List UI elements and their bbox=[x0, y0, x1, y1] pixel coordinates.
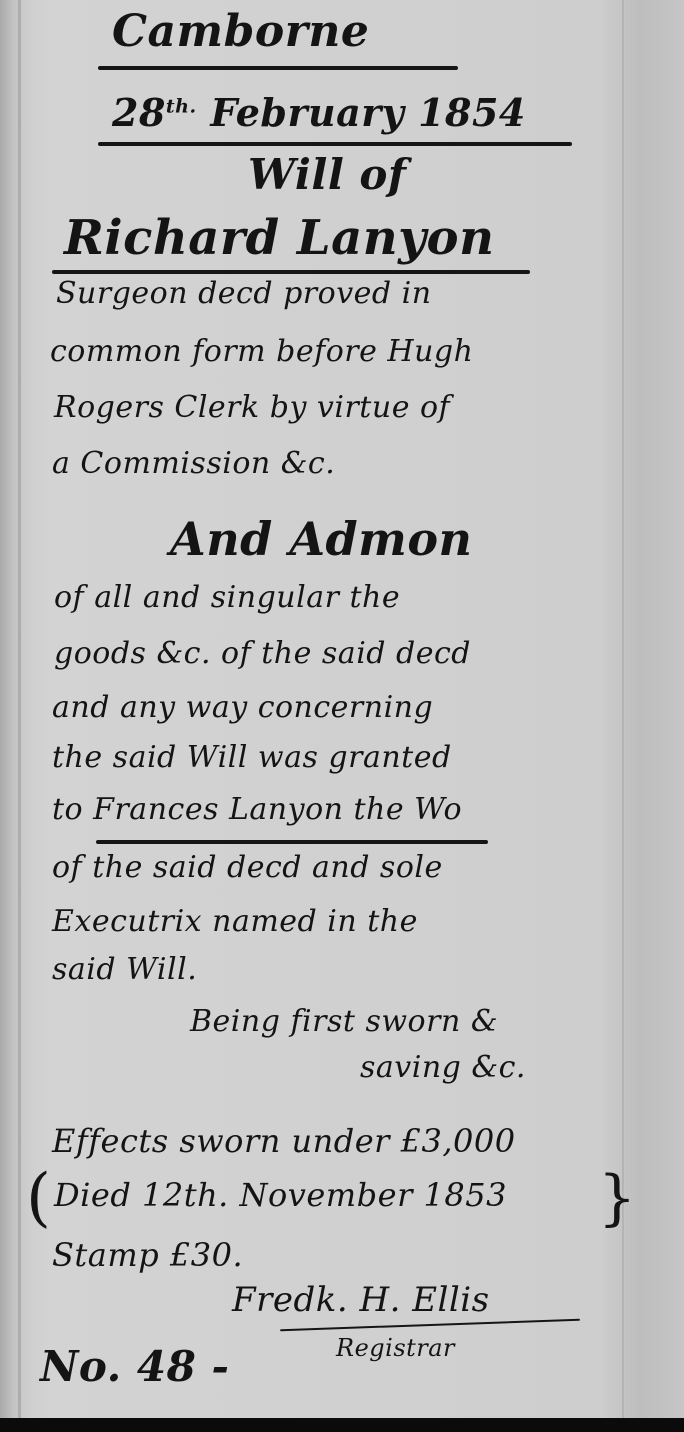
date-day: 28 bbox=[112, 90, 166, 135]
admon-line-7: Executrix named in the bbox=[52, 904, 418, 939]
place-underline bbox=[98, 66, 458, 70]
effects-line: Effects sworn under £3,000 bbox=[52, 1122, 516, 1160]
stamp-line: Stamp £30. bbox=[52, 1236, 243, 1274]
testator-underline bbox=[52, 270, 530, 274]
executrix-underline bbox=[96, 840, 488, 844]
body-line-1: Surgeon decd proved in bbox=[56, 276, 432, 311]
registrar-signature: Fredk. H. Ellis bbox=[232, 1280, 490, 1320]
page-left-edge bbox=[18, 0, 21, 1418]
signature-underline bbox=[280, 1319, 580, 1331]
date-month-year: February 1854 bbox=[210, 90, 526, 135]
body-line-4: a Commission &c. bbox=[52, 446, 335, 481]
admon-line-8: said Will. bbox=[52, 952, 197, 987]
scan-bottom-border bbox=[0, 1418, 684, 1432]
admon-line-5: to Frances Lanyon the Wo bbox=[52, 792, 462, 827]
admon-line-2: goods &c. of the said decd bbox=[54, 636, 471, 671]
testator-name: Richard Lanyon bbox=[64, 210, 494, 266]
admon-line-4: the said Will was granted bbox=[52, 740, 452, 775]
body-line-2: common form before Hugh bbox=[50, 334, 473, 369]
entry-number: No. 48 - bbox=[40, 1342, 229, 1391]
date-underline bbox=[98, 142, 572, 146]
left-brace: ( bbox=[26, 1168, 51, 1228]
date-day-suffix: th. bbox=[166, 95, 197, 117]
will-heading: Will of bbox=[248, 150, 407, 199]
body-line-3: Rogers Clerk by virtue of bbox=[54, 390, 450, 425]
oath-line-1: Being first sworn & bbox=[190, 1004, 498, 1039]
admon-line-6: of the said decd and sole bbox=[52, 850, 443, 885]
right-brace: } bbox=[598, 1168, 636, 1228]
admon-heading: And Admon bbox=[170, 512, 472, 566]
admon-line-1: of all and singular the bbox=[54, 580, 400, 615]
document-page: Camborne 28th. February 1854 Will of Ric… bbox=[0, 0, 684, 1418]
oath-line-2: saving &c. bbox=[360, 1050, 526, 1085]
died-line: Died 12th. November 1853 bbox=[54, 1176, 507, 1214]
place-heading: Camborne bbox=[112, 6, 369, 57]
registrar-title: Registrar bbox=[336, 1334, 455, 1362]
date-heading: 28th. February 1854 bbox=[112, 90, 526, 135]
admon-line-3: and any way concerning bbox=[52, 690, 433, 725]
